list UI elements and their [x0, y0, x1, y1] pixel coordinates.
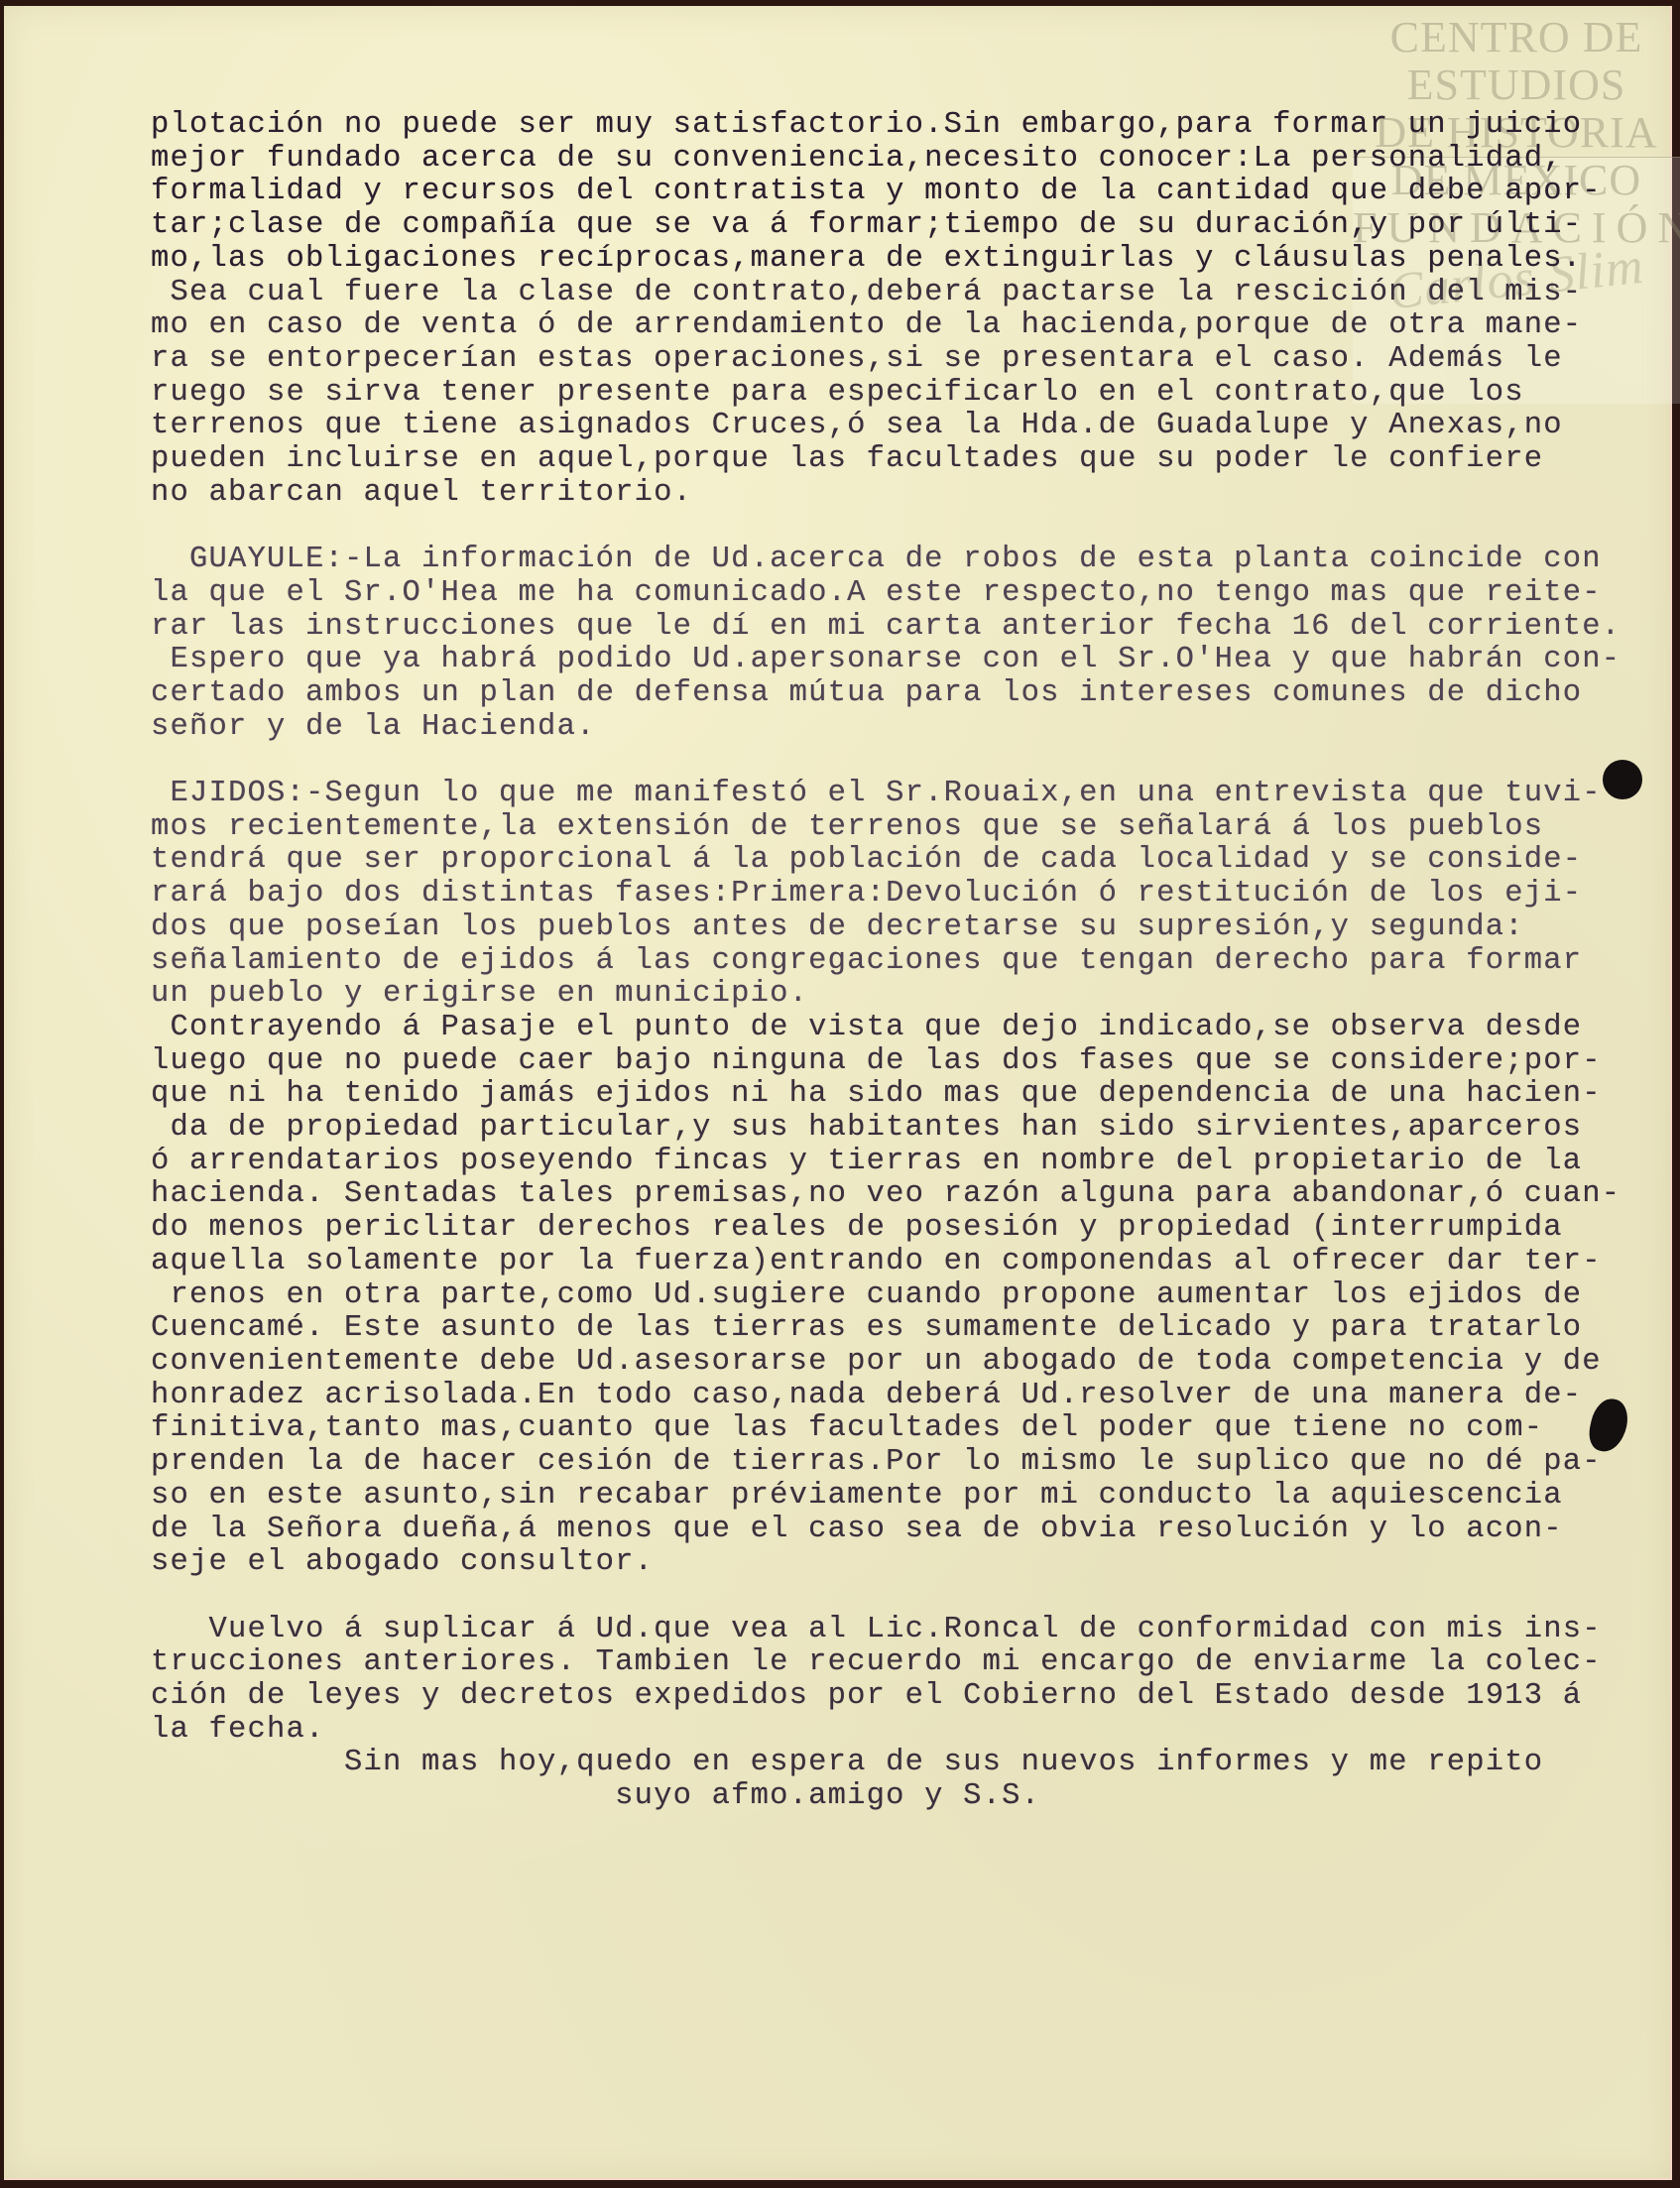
- paragraph-gap: [151, 744, 1658, 778]
- text-line: plotación no puede ser muy satisfactorio…: [151, 109, 1658, 143]
- text-line: tar;clase de compañía que se va á formar…: [151, 209, 1658, 243]
- text-line: mo en caso de venta ó de arrendamiento d…: [151, 309, 1658, 343]
- text-line: trucciones anteriores. Tambien le recuer…: [151, 1646, 1658, 1680]
- text-line: la fecha.: [151, 1714, 1658, 1748]
- text-line: da de propiedad particular,y sus habitan…: [151, 1112, 1658, 1146]
- text-line: mejor fundado acerca de su conveniencia,…: [151, 143, 1658, 177]
- text-line: señor y de la Hacienda.: [151, 711, 1658, 745]
- text-line: ó arrendatarios poseyendo fincas y tierr…: [151, 1146, 1658, 1179]
- text-line: terrenos que tiene asignados Cruces,ó se…: [151, 410, 1658, 443]
- text-line: GUAYULE:-La información de Ud.acerca de …: [151, 544, 1658, 577]
- text-line: no abarcan aquel territorio.: [151, 477, 1658, 511]
- text-line: prenden la de hacer cesión de tierras.Po…: [151, 1446, 1658, 1480]
- text-line: ruego se sirva tener presente para espec…: [151, 377, 1658, 411]
- paragraph-contrayendo: Contrayendo á Pasaje el punto de vista q…: [151, 1012, 1658, 1580]
- text-line: suyo afmo.amigo y S.S.: [151, 1780, 1658, 1814]
- text-line: EJIDOS:-Segun lo que me manifestó el Sr.…: [151, 778, 1658, 811]
- text-line: finitiva,tanto mas,cuanto que las facult…: [151, 1412, 1658, 1446]
- text-line: certado ambos un plan de defensa mútua p…: [151, 677, 1658, 711]
- text-line: dos que poseían los pueblos antes de dec…: [151, 912, 1658, 945]
- text-line: que ni ha tenido jamás ejidos ni ha sido…: [151, 1078, 1658, 1112]
- paragraph-explotacion: plotación no puede ser muy satisfactorio…: [151, 109, 1658, 510]
- text-line: ción de leyes y decretos expedidos por e…: [151, 1680, 1658, 1714]
- text-line: mo,las obligaciones recíprocas,manera de…: [151, 243, 1658, 277]
- text-line: renos en otra parte,como Ud.sugiere cuan…: [151, 1279, 1658, 1313]
- text-line: un pueblo y erigirse en municipio.: [151, 978, 1658, 1012]
- watermark-line: CENTRO DE: [1353, 14, 1680, 61]
- text-line: Espero que ya habrá podido Ud.apersonars…: [151, 644, 1658, 677]
- paragraph-ejidos: EJIDOS:-Segun lo que me manifestó el Sr.…: [151, 778, 1658, 1012]
- paragraph-gap: [151, 1580, 1658, 1614]
- text-line: mos recientemente,la extensión de terren…: [151, 811, 1658, 845]
- text-line: señalamiento de ejidos á las congregacio…: [151, 945, 1658, 979]
- text-line: luego que no puede caer bajo ninguna de …: [151, 1045, 1658, 1079]
- text-line: do menos periclitar derechos reales de p…: [151, 1212, 1658, 1246]
- text-line: Cuencamé. Este asunto de las tierras es …: [151, 1312, 1658, 1346]
- ink-blot: [1603, 760, 1642, 799]
- text-line: de la Señora dueña,á menos que el caso s…: [151, 1514, 1658, 1547]
- text-line: honradez acrisolada.En todo caso,nada de…: [151, 1380, 1658, 1413]
- text-line: Contrayendo á Pasaje el punto de vista q…: [151, 1012, 1658, 1045]
- paragraph-gap: [151, 510, 1658, 544]
- text-line: pueden incluirse en aquel,porque las fac…: [151, 443, 1658, 477]
- text-line: so en este asunto,sin recabar préviament…: [151, 1480, 1658, 1514]
- text-line: seje el abogado consultor.: [151, 1546, 1658, 1580]
- letter-page: CENTRO DE ESTUDIOS DE HISTORIA DE MÉXICO…: [4, 6, 1672, 2180]
- text-line: Vuelvo á suplicar á Ud.que vea al Lic.Ro…: [151, 1614, 1658, 1647]
- watermark-line: ESTUDIOS: [1353, 61, 1680, 109]
- text-line: la que el Sr.O'Hea me ha comunicado.A es…: [151, 577, 1658, 611]
- paragraph-vuelvo: Vuelvo á suplicar á Ud.que vea al Lic.Ro…: [151, 1614, 1658, 1748]
- text-line: formalidad y recursos del contratista y …: [151, 176, 1658, 209]
- text-line: rar las instrucciones que le dí en mi ca…: [151, 611, 1658, 645]
- text-line: ra se entorpecerían estas operaciones,si…: [151, 343, 1658, 377]
- text-line: Sin mas hoy,quedo en espera de sus nuevo…: [151, 1747, 1658, 1780]
- text-line: convenientemente debe Ud.asesorarse por …: [151, 1346, 1658, 1380]
- paragraph-guayule: GUAYULE:-La información de Ud.acerca de …: [151, 544, 1658, 744]
- text-line: rará bajo dos distintas fases:Primera:De…: [151, 878, 1658, 912]
- text-line: Sea cual fuere la clase de contrato,debe…: [151, 277, 1658, 310]
- text-line: tendrá que ser proporcional á la poblaci…: [151, 844, 1658, 878]
- letter-body: plotación no puede ser muy satisfactorio…: [151, 109, 1658, 1814]
- text-line: hacienda. Sentadas tales premisas,no veo…: [151, 1178, 1658, 1212]
- letter-closing: Sin mas hoy,quedo en espera de sus nuevo…: [151, 1747, 1658, 1813]
- text-line: aquella solamente por la fuerza)entrando…: [151, 1246, 1658, 1279]
